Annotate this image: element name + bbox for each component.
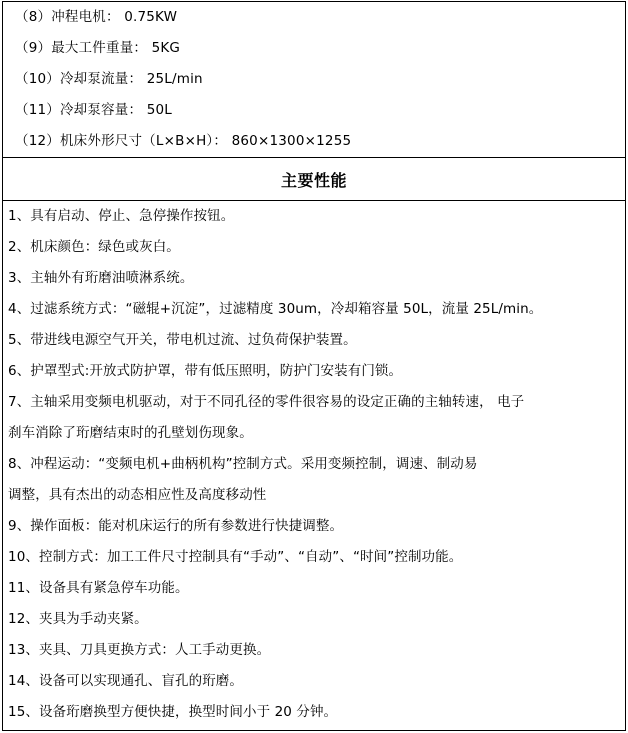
performance-line: 1、具有启动、停止、急停操作按钮。 [3,201,625,232]
performance-line: 3、主轴外有珩磨油喷淋系统。 [3,263,625,294]
performance-line: 14、设备可以实现通孔、盲孔的珩磨。 [3,666,625,697]
performance-line: 15、设备珩磨换型方便快捷，换型时间小于 20 分钟。 [3,697,625,728]
spec-table: （8）冲程电机： 0.75KW （9）最大工件重量： 5KG （10）冷却泵流量… [2,1,626,731]
spec-label: （8）冲程电机： [15,9,120,25]
performance-line: 11、设备具有紧急停车功能。 [3,573,625,604]
performance-line: 6、护罩型式:开放式防护罩，带有低压照明，防护门安装有门锁。 [3,356,625,387]
spec-value: 860×1300×1255 [232,133,352,149]
spec-item-max-workpiece-weight: （9）最大工件重量： 5KG [3,33,625,64]
performance-line: 10、控制方式：加工工件尺寸控制具有“手动”、“自动”、“时间”控制功能。 [3,542,625,573]
section-title: 主要性能 [3,158,626,201]
spec-label: （10）冷却泵流量： [15,71,142,87]
spec-value: 50L [147,102,172,118]
performance-line: 8、冲程运动：“变频电机+曲柄机构”控制方式。采用变频控制，调速、制动易 [3,449,625,480]
spec-label: （9）最大工件重量： [15,40,147,56]
performance-line: 12、夹具为手动夹紧。 [3,604,625,635]
spec-list-cell: （8）冲程电机： 0.75KW （9）最大工件重量： 5KG （10）冷却泵流量… [3,2,626,158]
spec-label: （12）机床外形尺寸（L×B×H）： [15,133,227,149]
spec-item-machine-dimensions: （12）机床外形尺寸（L×B×H）： 860×1300×1255 [3,126,625,157]
spec-value: 25L/min [147,71,203,87]
performance-line: 2、机床颜色：绿色或灰白。 [3,232,625,263]
performance-line-continued: 调整，具有杰出的动态相应性及高度移动性 [3,480,625,511]
spec-value: 0.75KW [124,9,177,25]
performance-line: 13、夹具、刀具更换方式：人工手动更换。 [3,635,625,666]
spec-label: （11）冷却泵容量： [15,102,142,118]
performance-line: 4、过滤系统方式：“磁辊+沉淀”，过滤精度 30um，冷却箱容量 50L，流量 … [3,294,625,325]
spec-item-stroke-motor: （8）冲程电机： 0.75KW [3,2,625,33]
performance-line: 5、带进线电源空气开关，带电机过流、过负荷保护装置。 [3,325,625,356]
performance-line: 9、操作面板：能对机床运行的所有参数进行快捷调整。 [3,511,625,542]
spec-item-coolant-pump-flow: （10）冷却泵流量： 25L/min [3,64,625,95]
spec-item-coolant-pump-capacity: （11）冷却泵容量： 50L [3,95,625,126]
performance-line-continued: 刹车消除了珩磨结束时的孔壁划伤现象。 [3,418,625,449]
spec-value: 5KG [152,40,181,56]
performance-list-cell: 1、具有启动、停止、急停操作按钮。 2、机床颜色：绿色或灰白。 3、主轴外有珩磨… [3,201,626,731]
performance-line: 7、主轴采用变频电机驱动，对于不同孔径的零件很容易的设定正确的主轴转速， 电子 [3,387,625,418]
